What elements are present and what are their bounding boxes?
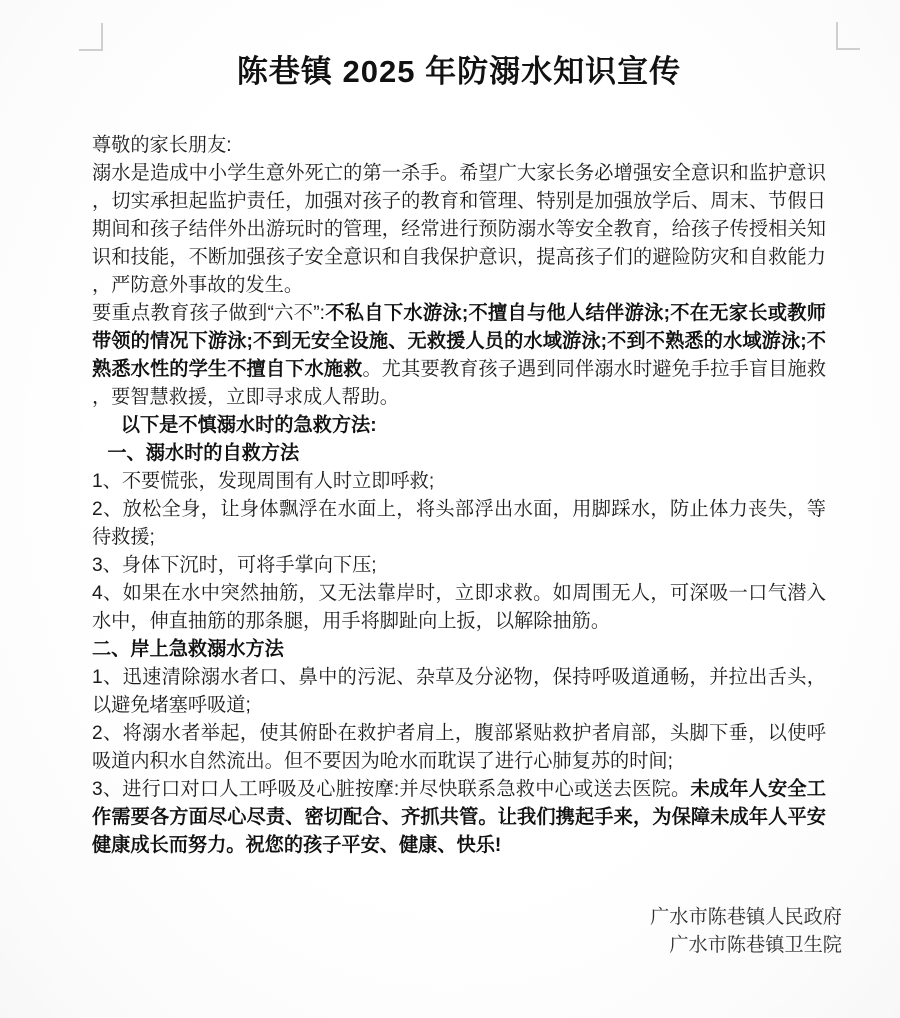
rescue-methods-intro: 以下是不慎溺水时的急救方法:: [92, 412, 826, 440]
six-nos-paragraph: 要重点教育孩子做到“六不”:不私自下水游泳;不擅自与他人结伴游泳;不在无家长或教…: [92, 300, 826, 412]
shore-rescue-item-3-lead: 3、进行口对口人工呼吸及心脏按摩:并尽快联系急救中心或送去医院。: [92, 779, 690, 800]
document-body: 尊敬的家长朋友: 溺水是造成中小学生意外死亡的第一杀手。希望广大家长务必增强安全…: [92, 132, 826, 860]
intro-paragraph: 溺水是造成中小学生意外死亡的第一杀手。希望广大家长务必增强安全意识和监护意识，切…: [92, 160, 826, 300]
signature-clinic: 广水市陈巷镇卫生院: [92, 932, 842, 960]
document-content: 陈巷镇 2025 年防溺水知识宣传 尊敬的家长朋友: 溺水是造成中小学生意外死亡…: [92, 0, 826, 960]
shore-rescue-item-3: 3、进行口对口人工呼吸及心脏按摩:并尽快联系急救中心或送去医院。未成年人安全工作…: [92, 776, 826, 860]
salutation: 尊敬的家长朋友:: [92, 132, 826, 160]
document-title: 陈巷镇 2025 年防溺水知识宣传: [92, 52, 826, 92]
shore-rescue-item-1: 1、迅速清除溺水者口、鼻中的污泥、杂草及分泌物，保持呼吸道通畅，并拉出舌头，以避…: [92, 664, 826, 720]
crop-mark-top-right: [836, 22, 860, 50]
self-rescue-item-3: 3、身体下沉时，可将手掌向下压;: [92, 552, 826, 580]
self-rescue-item-2: 2、放松全身，让身体飘浮在水面上，将头部浮出水面，用脚踩水，防止体力丧失，等待救…: [92, 496, 826, 552]
document-page: 陈巷镇 2025 年防溺水知识宣传 尊敬的家长朋友: 溺水是造成中小学生意外死亡…: [0, 0, 900, 1018]
signature-government: 广水市陈巷镇人民政府: [92, 904, 842, 932]
shore-rescue-item-2: 2、将溺水者举起，使其俯卧在救护者肩上，腹部紧贴救护者肩部，头脚下垂，以使呼吸道…: [92, 720, 826, 776]
self-rescue-heading: 一、溺水时的自救方法: [92, 440, 826, 468]
six-nos-lead: 要重点教育孩子做到“六不”:: [92, 303, 325, 324]
self-rescue-item-1: 1、不要慌张，发现周围有人时立即呼救;: [92, 468, 826, 496]
shore-rescue-heading: 二、岸上急救溺水方法: [92, 636, 826, 664]
signature-block: 广水市陈巷镇人民政府 广水市陈巷镇卫生院: [92, 904, 842, 960]
self-rescue-item-4: 4、如果在水中突然抽筋，又无法靠岸时，立即求救。如周围无人，可深吸一口气潜入水中…: [92, 580, 826, 636]
